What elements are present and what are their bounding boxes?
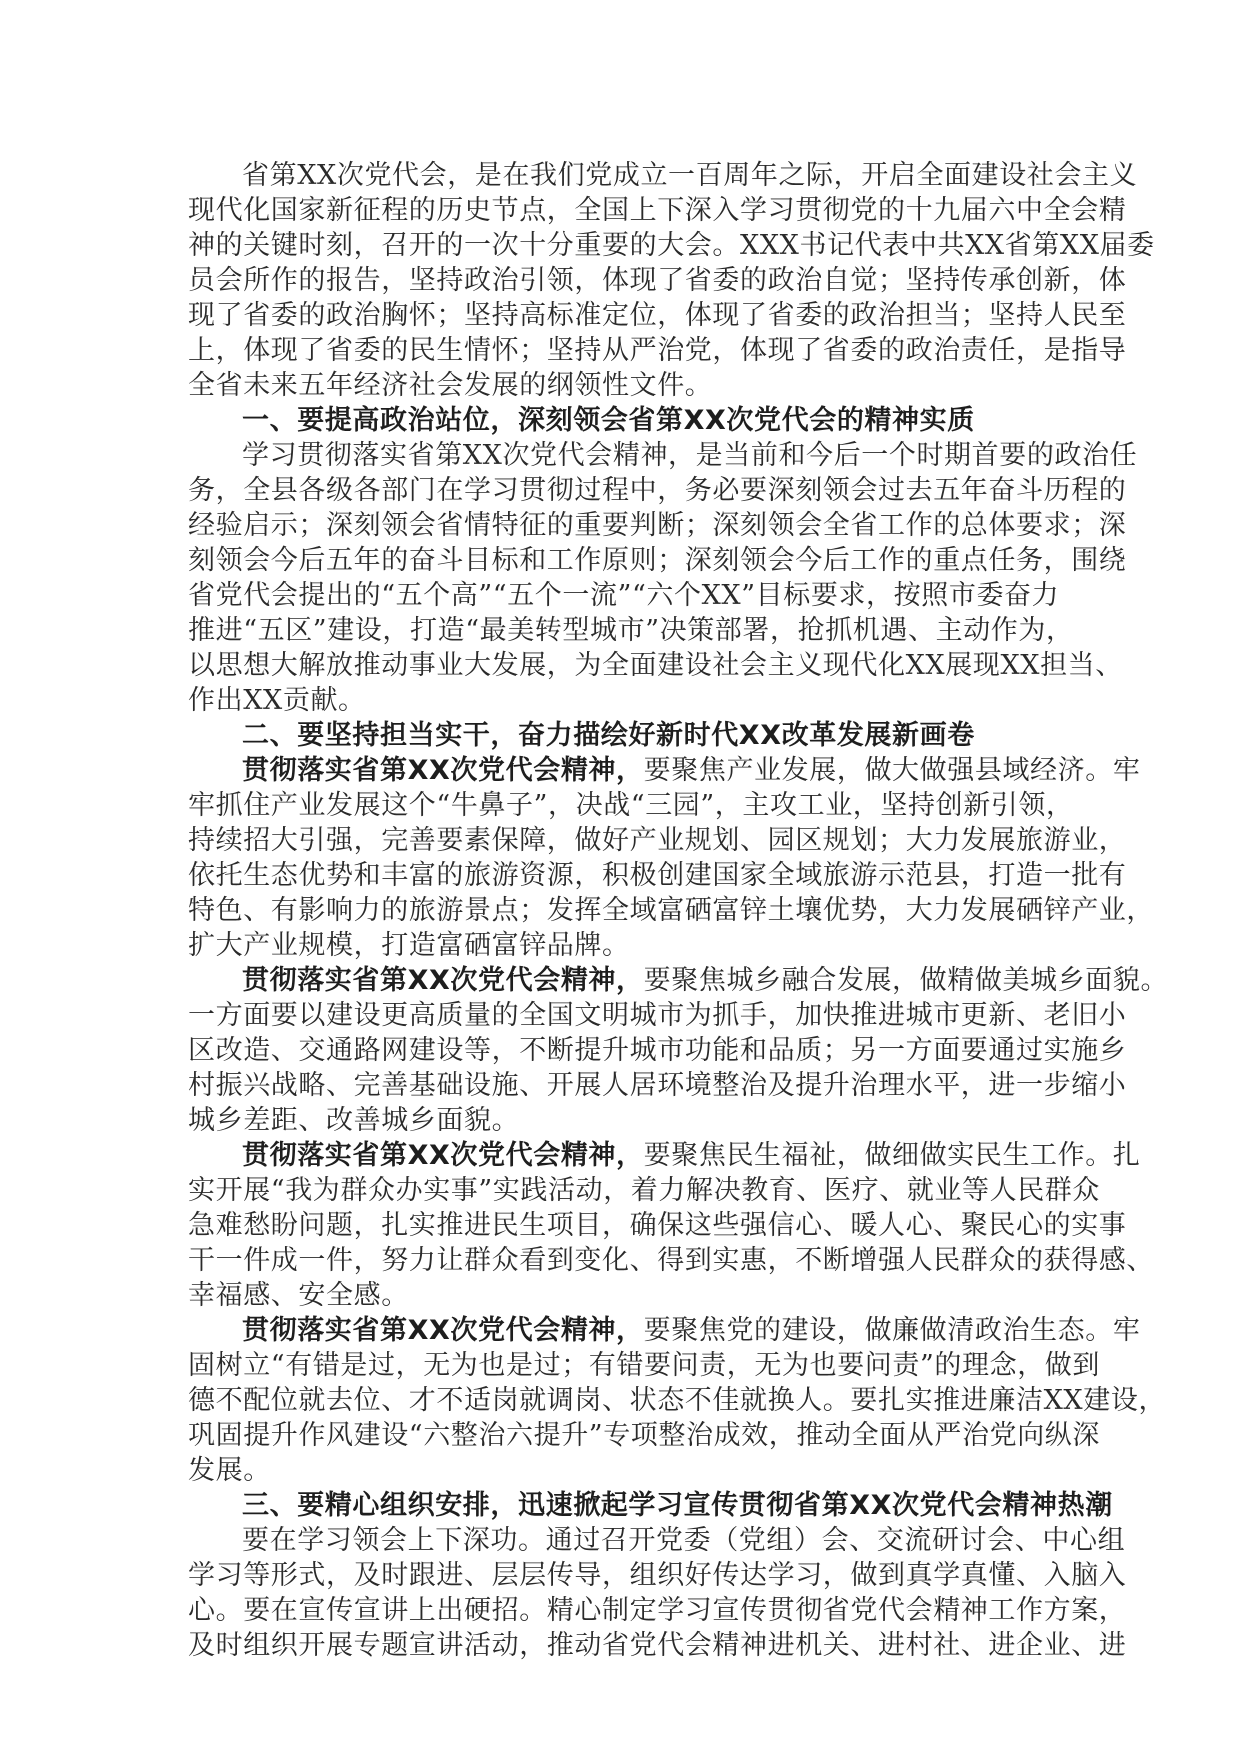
text-line: 贯彻落实省第XX次党代会精神，要聚焦城乡融合发展，做精做美城乡面貌。: [188, 963, 1054, 998]
text-line: 员会所作的报告，坚持政治引领，体现了省委的政治自觉；坚持传承创新，体: [188, 263, 1054, 298]
text-line: 上，体现了省委的民生情怀；坚持从严治党，体现了省委的政治责任，是指导: [188, 333, 1054, 368]
text-line: 扩大产业规模，打造富硒富锌品牌。: [188, 928, 1054, 963]
text-line: 特色、有影响力的旅游景点；发挥全域富硒富锌土壤优势，大力发展硒锌产业，: [188, 893, 1054, 928]
text-line: 依托生态优势和丰富的旅游资源，积极创建国家全域旅游示范县，打造一批有: [188, 858, 1054, 893]
heading-text: 三、要精心组织安排，迅速掀起学习宣传贯彻省第XX次党代会精神热潮: [188, 1488, 1054, 1523]
lead-rest: 要聚焦城乡融合发展，做精做美城乡面貌。: [644, 965, 1168, 996]
section-heading-3: 三、要精心组织安排，迅速掀起学习宣传贯彻省第XX次党代会精神热潮: [188, 1488, 1054, 1523]
text-line: 及时组织开展专题宣讲活动，推动省党代会精神进机关、进村社、进企业、进: [188, 1628, 1054, 1663]
text-line: 持续招大引强，完善要素保障，做好产业规划、园区规划；大力发展旅游业，: [188, 823, 1054, 858]
text-line: 巩固提升作风建设“六整治六提升”专项整治成效，推动全面从严治党向纵深: [188, 1418, 1054, 1453]
text-line: 经验启示；深刻领会省情特征的重要判断；深刻领会全省工作的总体要求；深: [188, 508, 1054, 543]
paragraph-livelihood: 贯彻落实省第XX次党代会精神，要聚焦民生福祉，做细做实民生工作。扎 实开展“我为…: [188, 1138, 1054, 1313]
lead-rest: 要聚焦民生福祉，做细做实民生工作。扎: [644, 1140, 1141, 1171]
text-line: 实开展“我为群众办实事”实践活动，着力解决教育、医疗、就业等人民群众: [188, 1173, 1054, 1208]
document-page: 省第XX次党代会，是在我们党成立一百周年之际，开启全面建设社会主义 现代化国家新…: [188, 158, 1054, 1663]
text-line: 刻领会今后五年的奋斗目标和工作原则；深刻领会今后工作的重点任务，围绕: [188, 543, 1054, 578]
lead-rest: 要聚焦产业发展，做大做强县域经济。牢: [644, 755, 1141, 786]
heading-text: 一、要提高政治站位，深刻领会省第XX次党代会的精神实质: [188, 403, 1054, 438]
text-line: 推进“五区”建设，打造“最美转型城市”决策部署，抢抓机遇、主动作为，: [188, 613, 1054, 648]
section-heading-1: 一、要提高政治站位，深刻领会省第XX次党代会的精神实质: [188, 403, 1054, 438]
lead-phrase: 贯彻落实省第XX次党代会精神，: [242, 755, 644, 786]
text-line: 贯彻落实省第XX次党代会精神，要聚焦民生福祉，做细做实民生工作。扎: [188, 1138, 1054, 1173]
text-line: 牢抓住产业发展这个“牛鼻子”，决战“三园”，主攻工业，坚持创新引领，: [188, 788, 1054, 823]
text-line: 德不配位就去位、才不适岗就调岗、状态不佳就换人。要扎实推进廉洁XX建设，: [188, 1383, 1054, 1418]
text-line: 城乡差距、改善城乡面貌。: [188, 1103, 1054, 1138]
lead-phrase: 贯彻落实省第XX次党代会精神，: [242, 1315, 644, 1346]
text-line: 一方面要以建设更高质量的全国文明城市为抓手，加快推进城市更新、老旧小: [188, 998, 1054, 1033]
text-line: 以思想大解放推动事业大发展，为全面建设社会主义现代化XX展现XX担当、: [188, 648, 1054, 683]
text-line: 要在学习领会上下深功。通过召开党委（党组）会、交流研讨会、中心组: [188, 1523, 1054, 1558]
text-line: 现代化国家新征程的历史节点，全国上下深入学习贯彻党的十九届六中全会精: [188, 193, 1054, 228]
text-line: 省第XX次党代会，是在我们党成立一百周年之际，开启全面建设社会主义: [188, 158, 1054, 193]
text-line: 学习贯彻落实省第XX次党代会精神，是当前和今后一个时期首要的政治任: [188, 438, 1054, 473]
paragraph-section-3: 要在学习领会上下深功。通过召开党委（党组）会、交流研讨会、中心组 学习等形式，及…: [188, 1523, 1054, 1663]
text-line: 村振兴战略、完善基础设施、开展人居环境整治及提升治理水平，进一步缩小: [188, 1068, 1054, 1103]
text-line: 幸福感、安全感。: [188, 1278, 1054, 1313]
paragraph-industry: 贯彻落实省第XX次党代会精神，要聚焦产业发展，做大做强县域经济。牢 牢抓住产业发…: [188, 753, 1054, 963]
lead-phrase: 贯彻落实省第XX次党代会精神，: [242, 965, 644, 996]
text-line: 贯彻落实省第XX次党代会精神，要聚焦党的建设，做廉做清政治生态。牢: [188, 1313, 1054, 1348]
text-line: 学习等形式，及时跟进、层层传导，组织好传达学习，做到真学真懂、入脑入: [188, 1558, 1054, 1593]
lead-phrase: 贯彻落实省第XX次党代会精神，: [242, 1140, 644, 1171]
text-line: 干一件成一件，努力让群众看到变化、得到实惠，不断增强人民群众的获得感、: [188, 1243, 1054, 1278]
text-line: 全省未来五年经济社会发展的纲领性文件。: [188, 368, 1054, 403]
section-heading-2: 二、要坚持担当实干，奋力描绘好新时代XX改革发展新画卷: [188, 718, 1054, 753]
paragraph-intro: 省第XX次党代会，是在我们党成立一百周年之际，开启全面建设社会主义 现代化国家新…: [188, 158, 1054, 403]
text-line: 作出XX贡献。: [188, 683, 1054, 718]
text-line: 固树立“有错是过，无为也是过；有错要问责，无为也要问责”的理念，做到: [188, 1348, 1054, 1383]
text-line: 贯彻落实省第XX次党代会精神，要聚焦产业发展，做大做强县域经济。牢: [188, 753, 1054, 788]
text-line: 区改造、交通路网建设等，不断提升城市功能和品质；另一方面要通过实施乡: [188, 1033, 1054, 1068]
text-line: 务，全县各级各部门在学习贯彻过程中，务必要深刻领会过去五年奋斗历程的: [188, 473, 1054, 508]
text-line: 急难愁盼问题，扎实推进民生项目，确保这些强信心、暖人心、聚民心的实事: [188, 1208, 1054, 1243]
paragraph-urban-rural: 贯彻落实省第XX次党代会精神，要聚焦城乡融合发展，做精做美城乡面貌。 一方面要以…: [188, 963, 1054, 1138]
paragraph-section-1: 学习贯彻落实省第XX次党代会精神，是当前和今后一个时期首要的政治任 务，全县各级…: [188, 438, 1054, 718]
lead-rest: 要聚焦党的建设，做廉做清政治生态。牢: [644, 1315, 1141, 1346]
text-line: 发展。: [188, 1453, 1054, 1488]
text-line: 现了省委的政治胸怀；坚持高标准定位，体现了省委的政治担当；坚持人民至: [188, 298, 1054, 333]
paragraph-party-building: 贯彻落实省第XX次党代会精神，要聚焦党的建设，做廉做清政治生态。牢 固树立“有错…: [188, 1313, 1054, 1488]
text-line: 心。要在宣传宣讲上出硬招。精心制定学习宣传贯彻省党代会精神工作方案，: [188, 1593, 1054, 1628]
text-line: 省党代会提出的“五个高”“五个一流”“六个XX”目标要求，按照市委奋力: [188, 578, 1054, 613]
text-line: 神的关键时刻，召开的一次十分重要的大会。XXX书记代表中共XX省第XX届委: [188, 228, 1054, 263]
heading-text: 二、要坚持担当实干，奋力描绘好新时代XX改革发展新画卷: [188, 718, 1054, 753]
